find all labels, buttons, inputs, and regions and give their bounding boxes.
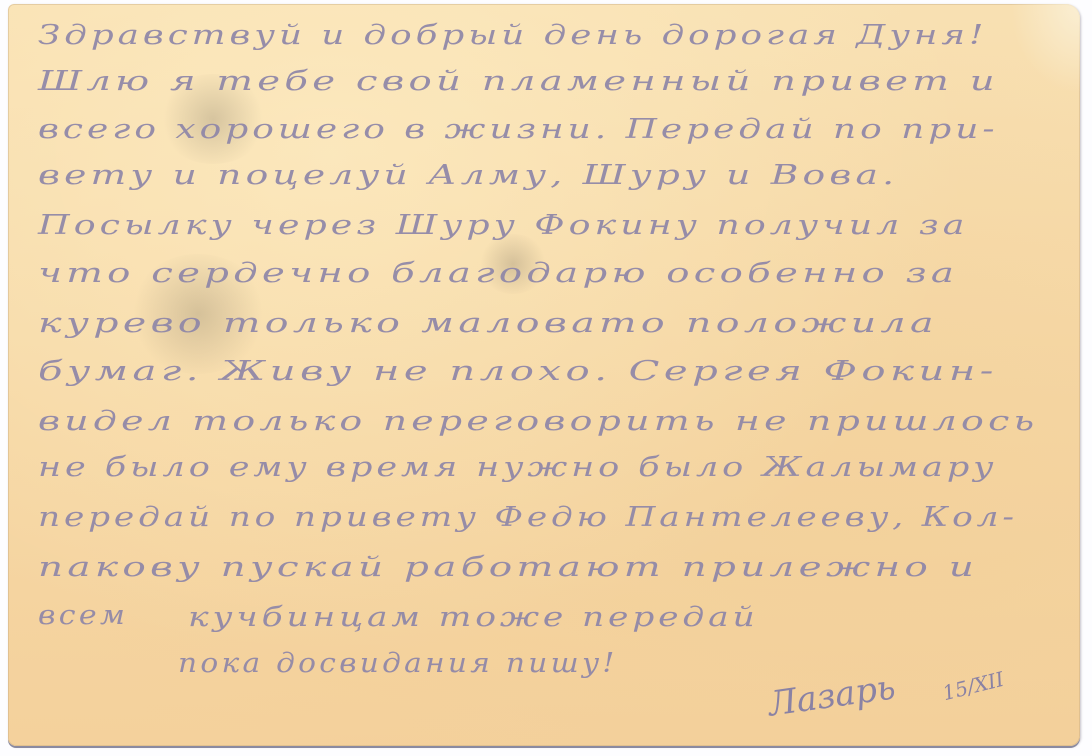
message-line-2: Шлю я тебе свой пламенный привет и <box>38 66 999 97</box>
postcard-scan: Здравствуй и добрый день дорогая Дуня! Ш… <box>0 0 1092 756</box>
message-line-12: пакову пускай работают прилежно и <box>38 552 978 583</box>
postcard: Здравствуй и добрый день дорогая Дуня! Ш… <box>8 4 1080 746</box>
signature: Лазарь <box>766 667 898 724</box>
message-line-7: курево только маловато положила <box>38 308 938 339</box>
message-line-10: не было ему время нужно было Жалымару <box>38 452 997 483</box>
message-line-9: видел только переговорить не пришлось <box>38 406 1038 437</box>
message-line-6: что сердечно благодарю особенно за <box>38 258 958 289</box>
message-line-3: всего хорошего в жизни. Передай по при- <box>38 114 999 145</box>
date: 15/XII <box>940 667 1006 705</box>
message-line-4: вету и поцелуй Алму, Шуру и Вова. <box>38 160 898 191</box>
message-line-15: пока досвидания пишу! <box>178 648 618 679</box>
message-line-1: Здравствуй и добрый день дорогая Дуня! <box>38 20 987 51</box>
message-line-14: кучбинцам тоже передай <box>188 602 759 633</box>
message-line-11: передай по привету Федю Пантелееву, Кол- <box>38 502 1018 533</box>
message-line-8: бумаг. Живу не плохо. Сергея Фокин- <box>38 356 998 387</box>
message-line-5: Посылку через Шуру Фокину получил за <box>38 210 969 241</box>
message-line-13: всем <box>38 600 128 631</box>
